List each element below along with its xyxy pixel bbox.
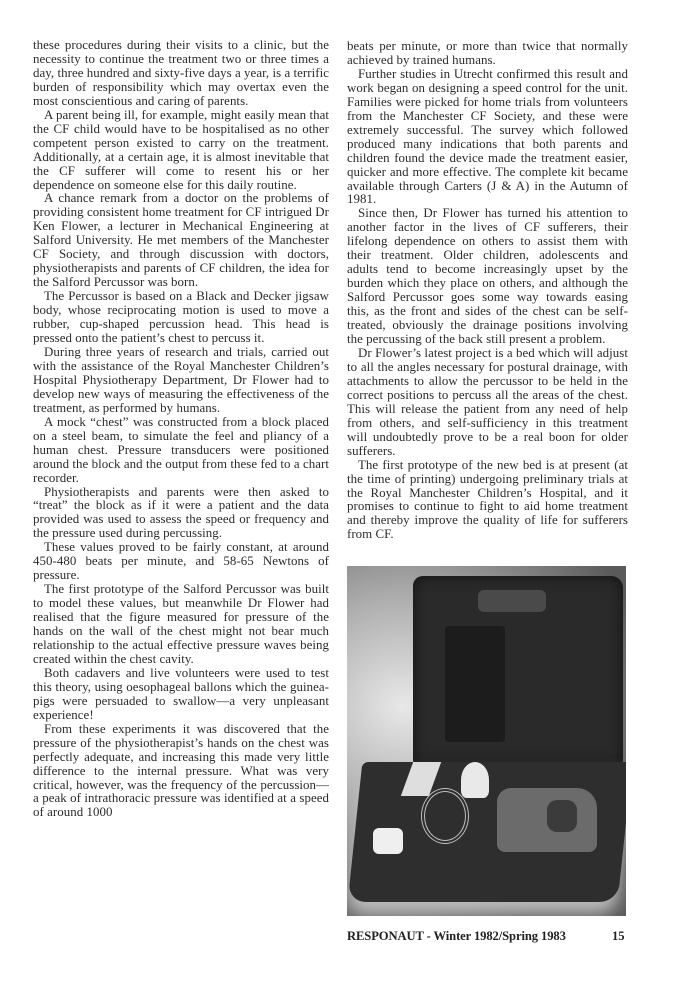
publication-footer: RESPONAUT - Winter 1982/Spring 1983 <box>347 929 566 944</box>
paragraph: Since then, Dr Flower has turned his att… <box>347 207 628 347</box>
paragraph: From these experiments it was discovered… <box>33 723 329 821</box>
page-number: 15 <box>612 929 625 944</box>
paragraph: The Percussor is based on a Black and De… <box>33 290 329 346</box>
percussor-kit-photo <box>347 566 626 916</box>
paragraph: these procedures during their visits to … <box>33 39 329 109</box>
paragraph: A chance remark from a doctor on the pro… <box>33 192 329 290</box>
paragraph: The first prototype of the new bed is at… <box>347 459 628 543</box>
paragraph: beats per minute, or more than twice tha… <box>347 40 628 68</box>
article-column-left: these procedures during their visits to … <box>33 39 329 820</box>
paragraph: Further studies in Utrecht confirmed thi… <box>347 68 628 208</box>
lid-recess <box>445 626 505 742</box>
case-handle <box>478 590 546 612</box>
paragraph: A mock “chest” was constructed from a bl… <box>33 416 329 486</box>
paragraph: Both cadavers and live volunteers were u… <box>33 667 329 723</box>
paragraph: Physiotherapists and parents were then a… <box>33 486 329 542</box>
paragraph: These values proved to be fairly constan… <box>33 541 329 583</box>
paragraph: The first prototype of the Salford Percu… <box>33 583 329 667</box>
coiled-cable <box>421 788 469 844</box>
power-plug <box>373 828 403 854</box>
tool-grip-hole <box>547 800 577 832</box>
paragraph: During three years of research and trial… <box>33 346 329 416</box>
paragraph: A parent being ill, for example, might e… <box>33 109 329 193</box>
paragraph: Dr Flower’s latest project is a bed whic… <box>347 347 628 459</box>
percussion-cup-head <box>461 762 489 798</box>
article-column-right: beats per minute, or more than twice tha… <box>347 40 628 542</box>
